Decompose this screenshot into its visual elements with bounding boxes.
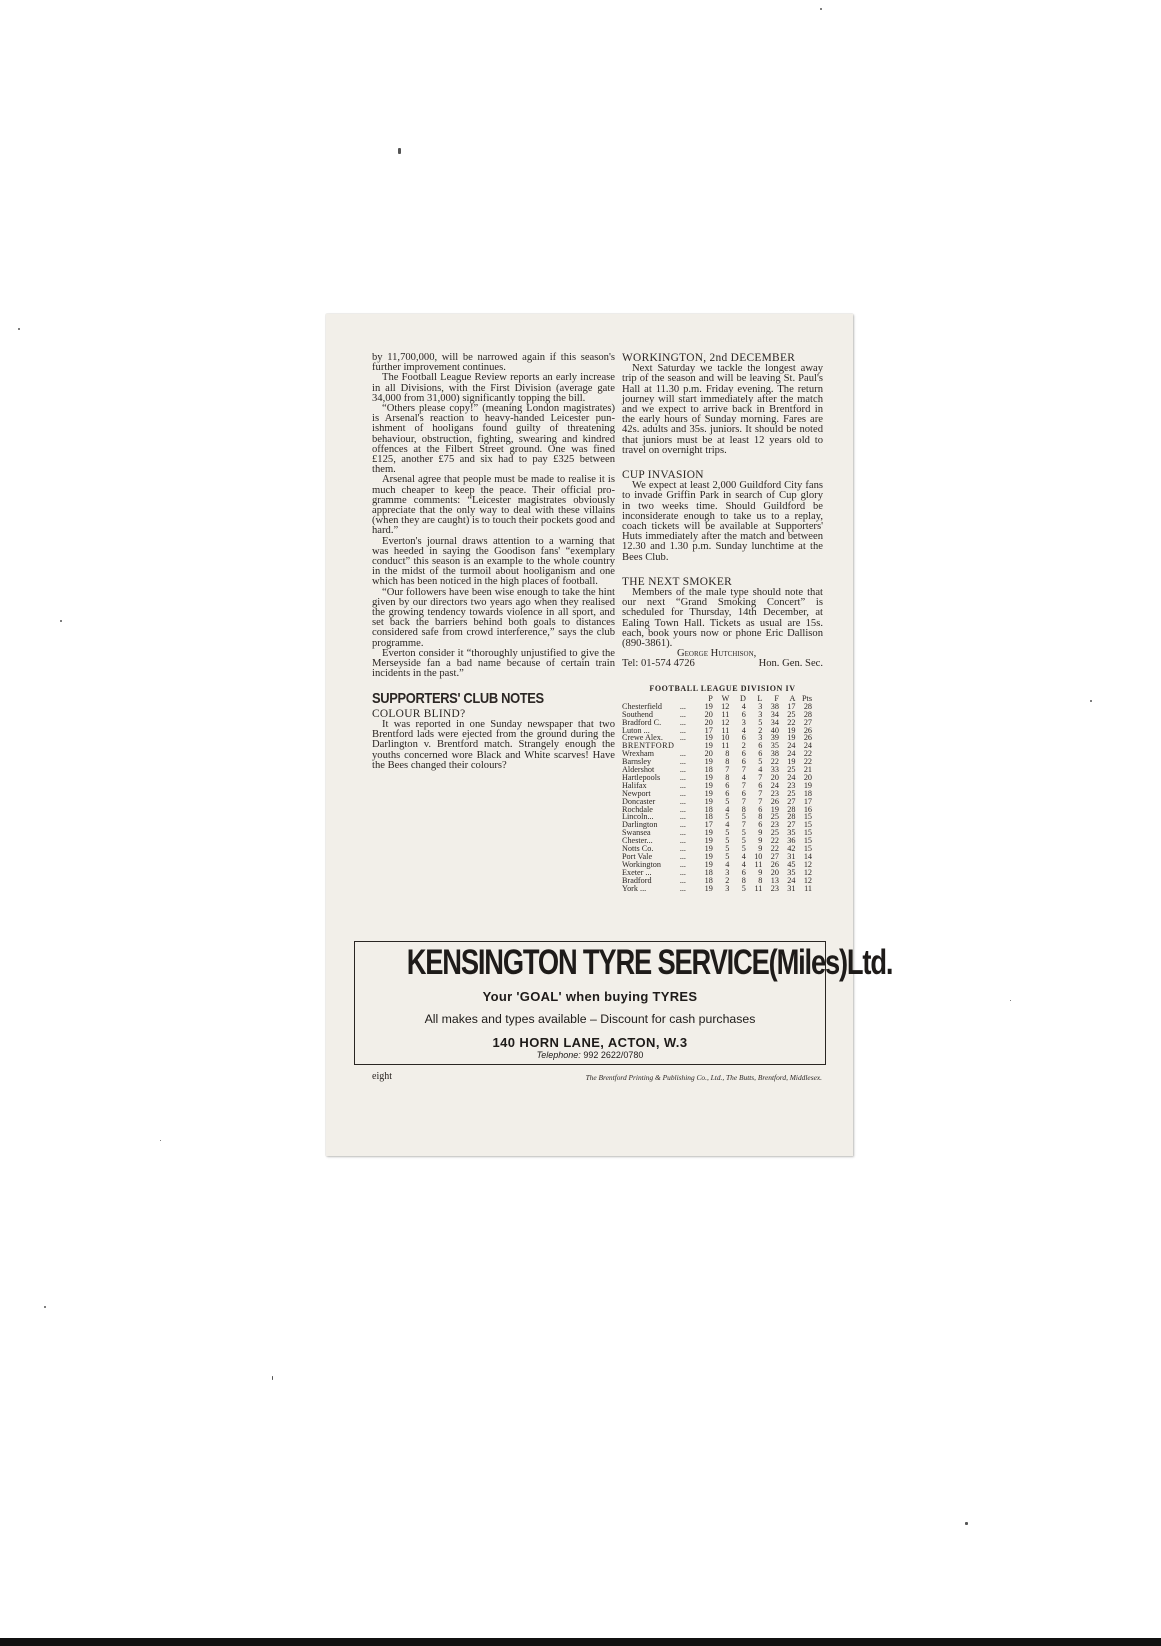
scan-speck (820, 8, 822, 10)
leader-dots: ... (680, 885, 697, 893)
colour-blind-heading: COLOUR BLIND? (372, 709, 615, 719)
league-table: PWDLFAPts Chesterfield...191243381728Sou… (622, 695, 812, 893)
signature-block: George Hutchison, Tel: 01-574 4726 Hon. … (622, 649, 823, 669)
stat-cell: 3 (713, 885, 730, 893)
stat-cell: 31 (779, 885, 796, 893)
article-paragraph: “Others please copy!” (meaning London ma… (372, 404, 615, 475)
table-row: Hartlepools...19847202420 (622, 774, 812, 782)
scan-edge-bar (0, 1638, 1161, 1646)
scan-speck (18, 328, 20, 330)
scan-speck (1090, 700, 1092, 702)
workington-heading: WORKINGTON, 2nd DECEMBER (622, 353, 823, 363)
scan-speck (398, 148, 401, 154)
article-paragraph: The Football League Review reports an ea… (372, 373, 615, 404)
left-column: by 11,700,000, will be narrowed again if… (372, 353, 615, 771)
advert-telephone: Telephone: 992 2622/0780 (355, 1050, 825, 1060)
printer-credit: The Brentford Printing & Publishing Co.,… (586, 1071, 822, 1082)
advert-company-name: KENSINGTON TYRE SERVICE(Miles)Ltd. (407, 945, 774, 981)
stat-cell: 5 (729, 885, 746, 893)
leader-dots: ... (680, 734, 697, 742)
programme-page: by 11,700,000, will be narrowed again if… (326, 314, 853, 1156)
article-paragraph: “Our followers have been wise enough to … (372, 588, 615, 649)
advert-tagline: Your 'GOAL' when buying TYRES (355, 989, 825, 1004)
article-paragraph: by 11,700,000, will be narrowed again if… (372, 353, 615, 373)
page-number: eight (372, 1071, 392, 1082)
advert-address: 140 HORN LANE, ACTON, W.3 (355, 1035, 825, 1050)
advert-telephone-number: 992 2622/0780 (583, 1050, 643, 1060)
scan-speck (1010, 1000, 1011, 1001)
supporters-club-notes-heading: SUPPORTERS' CLUB NOTES (372, 694, 581, 704)
cup-invasion-text: We expect at least 2,000 Guildford City … (622, 481, 823, 563)
scan-speck (44, 1306, 46, 1308)
workington-text: Next Saturday we tackle the longest away… (622, 364, 823, 456)
signatory-role: Hon. Gen. Sec. (759, 659, 823, 669)
next-smoker-heading: THE NEXT SMOKER (622, 577, 823, 587)
article-paragraph: Everton's journal draws attention to a w… (372, 537, 615, 588)
advert-makes: All makes and types available – Discount… (355, 1012, 825, 1026)
league-table-title: FOOTBALL LEAGUE DIVISION IV (622, 684, 823, 694)
table-row: York ......193511233111 (622, 885, 812, 893)
kensington-tyre-advert: KENSINGTON TYRE SERVICE(Miles)Ltd. Your … (354, 941, 826, 1065)
stat-cell: 23 (762, 885, 779, 893)
next-smoker-text: Members of the male type should note tha… (622, 588, 823, 649)
scan-speck (160, 1140, 161, 1141)
colour-blind-text: It was reported in one Sunday news­paper… (372, 720, 615, 771)
advert-telephone-label: Telephone: (537, 1050, 581, 1060)
team-name: York ... (622, 885, 680, 893)
scan-speck (60, 620, 62, 622)
scan-speck (965, 1522, 968, 1525)
stat-cell: 11 (795, 885, 812, 893)
page-footer: eight The Brentford Printing & Publishin… (372, 1071, 822, 1082)
scan-speck (272, 1376, 273, 1380)
article-paragraph: Arsenal agree that people must be made t… (372, 475, 615, 536)
table-row: Bradford C....201235342227 (622, 719, 812, 727)
table-row: Bradford...18288132412 (622, 877, 812, 885)
right-column: WORKINGTON, 2nd DECEMBER Next Saturday w… (622, 353, 823, 893)
cup-invasion-heading: CUP INVASION (622, 470, 823, 480)
signatory-telephone: Tel: 01-574 4726 (622, 659, 695, 669)
stat-cell: 19 (696, 885, 713, 893)
stat-cell: 11 (746, 885, 763, 893)
article-paragraph: Everton consider it “thoroughly un­justi… (372, 649, 615, 680)
